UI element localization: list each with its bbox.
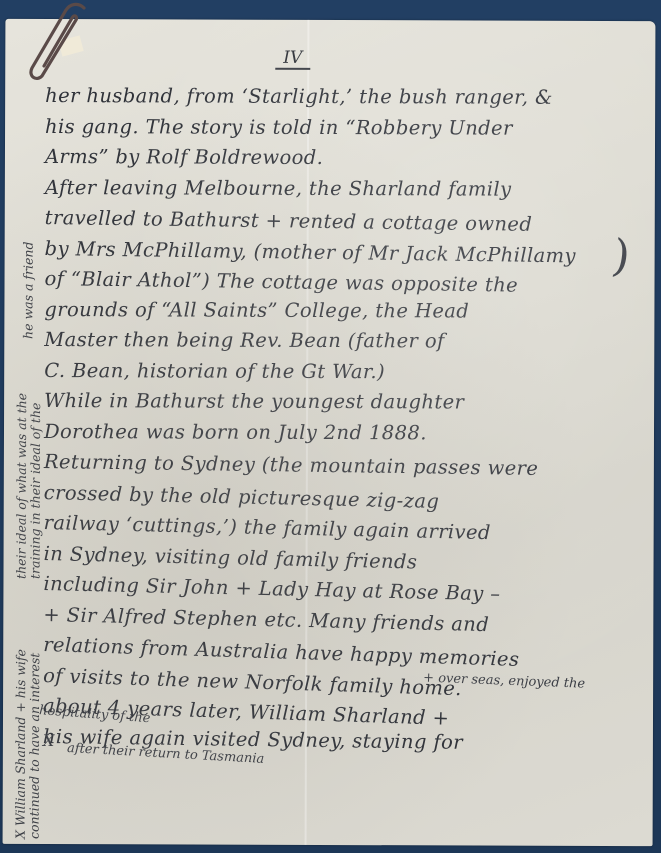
caret-mark: X bbox=[43, 731, 54, 750]
text-line: her husband, from ‘Starlight,’ the bush … bbox=[45, 81, 645, 114]
page-number: IV bbox=[275, 48, 310, 70]
text-line: Arms” by Rolf Boldrewood. bbox=[45, 142, 645, 175]
margin-note-lower-c: continued to have an interest bbox=[27, 653, 43, 839]
margin-note-lower-a: training in their ideal of the bbox=[27, 403, 43, 579]
handwritten-body: her husband, from ‘Starlight,’ the bush … bbox=[43, 81, 645, 754]
paperclip-icon bbox=[14, 2, 94, 82]
text-line: Dorothea was born on July 2nd 1888. bbox=[44, 417, 644, 450]
margin-note-upper: he was a friend bbox=[20, 241, 35, 338]
text-line: After leaving Melbourne, the Sharland fa… bbox=[45, 173, 645, 206]
text-line: While in Bathurst the youngest daughter bbox=[44, 386, 644, 419]
manuscript-page: IV her husband, from ‘Starlight,’ the bu… bbox=[3, 19, 656, 846]
text-line: C. Bean, historian of the Gt War.) bbox=[44, 356, 644, 389]
text-line: Master then being Rev. Bean (father of bbox=[44, 325, 644, 358]
text-line: his gang. The story is told in “Robbery … bbox=[45, 112, 645, 145]
